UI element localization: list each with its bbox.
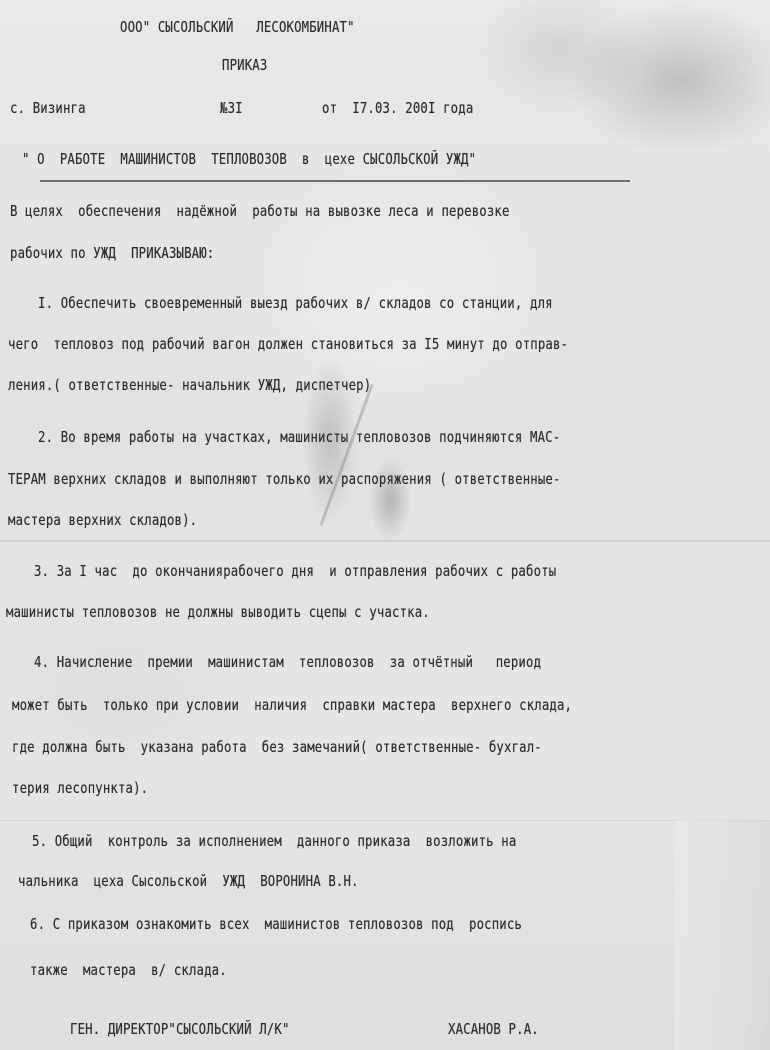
organization-header: ООО" СЫСОЛЬСКИЙ ЛЕСОКОМБИНАТ" — [120, 18, 355, 36]
item-1-line-1: I. Обеспечить своевременный выезд рабочи… — [38, 294, 553, 312]
item-3-line-2: машинисты тепловозов не должны выводить … — [6, 603, 430, 621]
scan-artifact — [675, 820, 770, 1050]
item-1-line-3: ления.( ответственные- начальник УЖД, ди… — [8, 376, 371, 394]
item-2-line-3: мастера верхних складов). — [8, 511, 197, 529]
signature-name: ХАСАНОВ Р.А. — [448, 1020, 539, 1038]
title-underline — [40, 180, 630, 182]
item-6-line-2: также мастера в/ склада. — [30, 961, 227, 979]
item-2-line-2: ТЕРАМ верхних складов и выполняют только… — [8, 470, 561, 488]
preamble-line-2: рабочих по УЖД ПРИКАЗЫВАЮ: — [10, 244, 214, 262]
place: с. Визинга — [10, 99, 86, 117]
item-3-line-1: 3. За I час до окончаниярабочего дня и о… — [34, 562, 556, 580]
document-type: ПРИКАЗ — [222, 56, 267, 74]
item-2-line-1: 2. Во время работы на участках, машинист… — [38, 428, 560, 446]
order-title: " О РАБОТЕ МАШИНИСТОВ ТЕПЛОВОЗОВ в цехе … — [22, 150, 476, 168]
paper-fold-horizontal-lower — [0, 820, 770, 821]
ink-smudge — [319, 384, 373, 526]
paper-fold-horizontal — [0, 540, 770, 542]
item-4-line-1: 4. Начисление премии машинистам тепловоз… — [34, 653, 541, 671]
scanned-document-page: ООО" СЫСОЛЬСКИЙ ЛЕСОКОМБИНАТ" ПРИКАЗ с. … — [0, 0, 770, 1050]
item-5-line-1: 5. Общий контроль за исполнением данного… — [32, 832, 516, 850]
item-4-line-2: может быть только при условии наличия сп… — [12, 696, 572, 714]
item-6-line-1: 6. С приказом ознакомить всех машинистов… — [30, 915, 522, 933]
item-1-line-2: чего тепловоз под рабочий вагон должен с… — [8, 335, 568, 353]
item-5-line-2: чальника цеха Сысольской УЖД ВОРОНИНА В.… — [18, 872, 359, 890]
order-date: от I7.03. 200I года — [322, 99, 473, 117]
item-4-line-3: где должна быть указана работа без замеч… — [12, 738, 542, 756]
preamble-line-1: В целях обеспечения надёжной работы на в… — [10, 202, 510, 220]
order-number: №3I — [220, 99, 243, 117]
signature-position: ГЕН. ДИРЕКТОР"СЫСОЛЬСКИЙ Л/К" — [70, 1020, 290, 1038]
item-4-line-4: терия лесопункта). — [12, 779, 148, 797]
